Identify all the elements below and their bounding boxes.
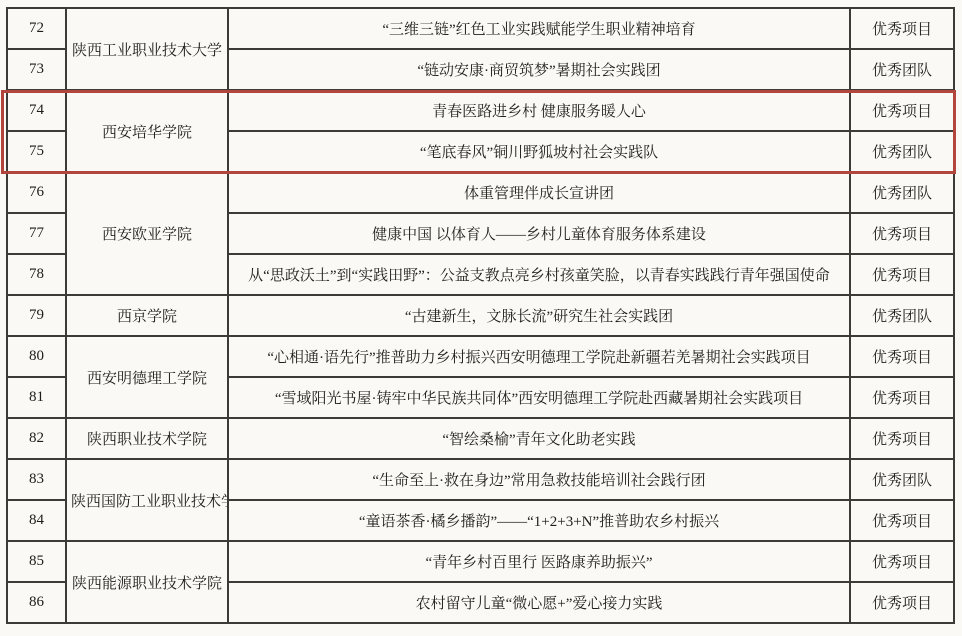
- project-cell: 健康中国 以体育人——乡村儿童体育服务体系建设: [228, 213, 850, 254]
- institution-cell: 陕西能源职业技术学院: [66, 541, 228, 623]
- project-cell: 青春医路进乡村 健康服务暖人心: [228, 90, 850, 131]
- award-cell: 优秀团队: [850, 459, 954, 500]
- row-number-cell: 74: [7, 90, 66, 131]
- row-number-cell: 82: [7, 418, 66, 459]
- award-cell: 优秀项目: [850, 418, 954, 459]
- row-number-cell: 72: [7, 8, 66, 49]
- table-row: 80 西安明德理工学院 “心相通·语先行”推普助力乡村振兴西安明德理工学院赴新疆…: [7, 336, 954, 377]
- institution-cell: 陕西国防工业职业技术学院: [66, 459, 228, 541]
- row-number-cell: 83: [7, 459, 66, 500]
- award-cell: 优秀团队: [850, 172, 954, 213]
- institution-cell: 西安明德理工学院: [66, 336, 228, 418]
- award-cell: 优秀团队: [850, 295, 954, 336]
- award-cell: 优秀项目: [850, 582, 954, 623]
- row-number-cell: 77: [7, 213, 66, 254]
- table-row: 74 西安培华学院 青春医路进乡村 健康服务暖人心 优秀项目: [7, 90, 954, 131]
- project-cell: “青年乡村百里行 医路康养助振兴”: [228, 541, 850, 582]
- document-page: 72 陕西工业职业技术大学 “三维三链”红色工业实践赋能学生职业精神培育 优秀项…: [0, 0, 962, 636]
- project-cell: “智绘桑榆”青年文化助老实践: [228, 418, 850, 459]
- project-cell: 从“思政沃土”到“实践田野”：公益支教点亮乡村孩童笑脸，以青春实践践行青年强国使…: [228, 254, 850, 295]
- institution-cell: 陕西职业技术学院: [66, 418, 228, 459]
- row-number-cell: 85: [7, 541, 66, 582]
- project-cell: 农村留守儿童“微心愿+”爱心接力实践: [228, 582, 850, 623]
- row-number-cell: 75: [7, 131, 66, 172]
- institution-cell: 西京学院: [66, 295, 228, 336]
- project-cell: “生命至上·救在身边”常用急救技能培训社会践行团: [228, 459, 850, 500]
- project-cell: “三维三链”红色工业实践赋能学生职业精神培育: [228, 8, 850, 49]
- project-cell: “雪域阳光书屋·铸牢中华民族共同体”西安明德理工学院赴西藏暑期社会实践项目: [228, 377, 850, 418]
- row-number-cell: 80: [7, 336, 66, 377]
- row-number-cell: 76: [7, 172, 66, 213]
- row-number-cell: 84: [7, 500, 66, 541]
- award-cell: 优秀项目: [850, 336, 954, 377]
- project-cell: “古建新生，文脉长流”研究生社会实践团: [228, 295, 850, 336]
- project-cell: “链动安康·商贸筑梦”暑期社会实践团: [228, 49, 850, 90]
- institution-cell: 西安培华学院: [66, 90, 228, 172]
- row-number-cell: 78: [7, 254, 66, 295]
- award-cell: 优秀团队: [850, 49, 954, 90]
- award-cell: 优秀项目: [850, 541, 954, 582]
- table-row: 85 陕西能源职业技术学院 “青年乡村百里行 医路康养助振兴” 优秀项目: [7, 541, 954, 582]
- project-cell: “笔底春风”铜川野狐坡村社会实践队: [228, 131, 850, 172]
- award-cell: 优秀项目: [850, 90, 954, 131]
- award-cell: 优秀团队: [850, 131, 954, 172]
- award-cell: 优秀项目: [850, 377, 954, 418]
- row-number-cell: 73: [7, 49, 66, 90]
- row-number-cell: 86: [7, 582, 66, 623]
- project-cell: “童语茶香·橘乡播韵”——“1+2+3+N”推普助农乡村振兴: [228, 500, 850, 541]
- table-row: 83 陕西国防工业职业技术学院 “生命至上·救在身边”常用急救技能培训社会践行团…: [7, 459, 954, 500]
- table-row: 79 西京学院 “古建新生，文脉长流”研究生社会实践团 优秀团队: [7, 295, 954, 336]
- award-cell: 优秀项目: [850, 500, 954, 541]
- institution-cell: 陕西工业职业技术大学: [66, 8, 228, 90]
- award-cell: 优秀项目: [850, 8, 954, 49]
- project-cell: 体重管理伴成长宣讲团: [228, 172, 850, 213]
- row-number-cell: 79: [7, 295, 66, 336]
- table-row: 82 陕西职业技术学院 “智绘桑榆”青年文化助老实践 优秀项目: [7, 418, 954, 459]
- institution-cell: 西安欧亚学院: [66, 172, 228, 295]
- award-cell: 优秀项目: [850, 254, 954, 295]
- awards-table: 72 陕西工业职业技术大学 “三维三链”红色工业实践赋能学生职业精神培育 优秀项…: [6, 7, 955, 624]
- table-row: 76 西安欧亚学院 体重管理伴成长宣讲团 优秀团队: [7, 172, 954, 213]
- table-row: 72 陕西工业职业技术大学 “三维三链”红色工业实践赋能学生职业精神培育 优秀项…: [7, 8, 954, 49]
- row-number-cell: 81: [7, 377, 66, 418]
- award-cell: 优秀项目: [850, 213, 954, 254]
- project-cell: “心相通·语先行”推普助力乡村振兴西安明德理工学院赴新疆若羌暑期社会实践项目: [228, 336, 850, 377]
